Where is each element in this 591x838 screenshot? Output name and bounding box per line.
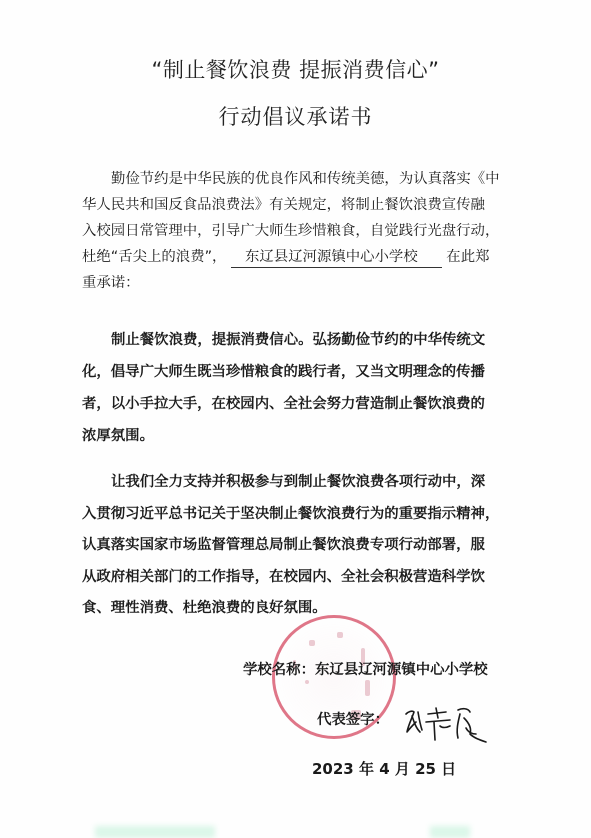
paragraph-line: 化，倡导广大师生既当珍惜粮食的践行者，又当文明理念的传播 [82,356,516,388]
paragraph-line: 华人民共和国反食品浪费法》有关规定，将制止餐饮浪费宣传融 [82,192,516,218]
line-suffix: 在此郑 [446,249,489,265]
paragraph-call-to-action: 让我们全力支持并积极参与到制止餐饮浪费各项行动中，深 入贯彻习近平总书记关于坚决… [82,467,516,625]
paragraph-line: 重承诺： [82,270,516,296]
paragraph-line: 从政府相关部门的工作指导，在校园内、全社会积极营造科学饮 [82,562,516,594]
scan-bleed-mark [95,826,215,838]
handwritten-signature [402,700,492,748]
seal-mark [305,680,309,684]
school-name-blank: 东辽县辽河源镇中心小学校 [231,247,442,268]
document-title: “制止餐饮浪费 提振消费信心” [0,54,591,84]
signing-date: 2023 年 4 月 25 日 [312,758,456,779]
line-prefix: 杜绝“舌尖上的浪费”， [82,249,226,265]
paragraph-line: 让我们全力支持并积极参与到制止餐饮浪费各项行动中，深 [82,467,516,499]
seal-mark [337,632,343,638]
paragraph-commitment-intro: 勤俭节约是中华民族的优良作风和传统美德，为认真落实《中 华人民共和国反食品浪费法… [82,166,516,296]
document-page: “制止餐饮浪费 提振消费信心” 行动倡议承诺书 勤俭节约是中华民族的优良作风和传… [0,0,591,838]
seal-mark [365,680,370,696]
paragraph-line: 入贯彻习近平总书记关于坚决制止餐饮浪费行为的重要指示精神， [82,499,516,531]
seal-mark [309,640,315,646]
school-name-value: 东辽县辽河源镇中心小学校 [315,662,488,678]
paragraph-line: 浓厚氛围。 [82,420,516,452]
document-subtitle: 行动倡议承诺书 [0,101,591,131]
representative-label: 代表签字： [317,712,389,728]
representative-signature-line: 代表签字： [317,708,389,729]
paragraph-line-with-blank: 杜绝“舌尖上的浪费”， 东辽县辽河源镇中心小学校 在此郑 [82,244,516,270]
paragraph-pledge: 制止餐饮浪费，提振消费信心。弘扬勤俭节约的中华传统文 化，倡导广大师生既当珍惜粮… [82,324,516,452]
paragraph-line: 认真落实国家市场监督管理总局制止餐饮浪费专项行动部署，服 [82,530,516,562]
school-name-line: 学校名称：东辽县辽河源镇中心小学校 [243,658,488,679]
paragraph-line: 勤俭节约是中华民族的优良作风和传统美德，为认真落实《中 [82,166,516,192]
paragraph-line: 入校园日常管理中，引导广大师生珍惜粮食，自觉践行光盘行动， [82,218,516,244]
scan-bleed-mark [430,826,470,838]
paragraph-line: 者，以小手拉大手，在校园内、全社会努力营造制止餐饮浪费的 [82,388,516,420]
paragraph-line: 制止餐饮浪费，提振消费信心。弘扬勤俭节约的中华传统文 [82,324,516,356]
paragraph-line: 食、理性消费、杜绝浪费的良好氛围。 [82,593,516,625]
school-name-label: 学校名称： [243,662,315,678]
